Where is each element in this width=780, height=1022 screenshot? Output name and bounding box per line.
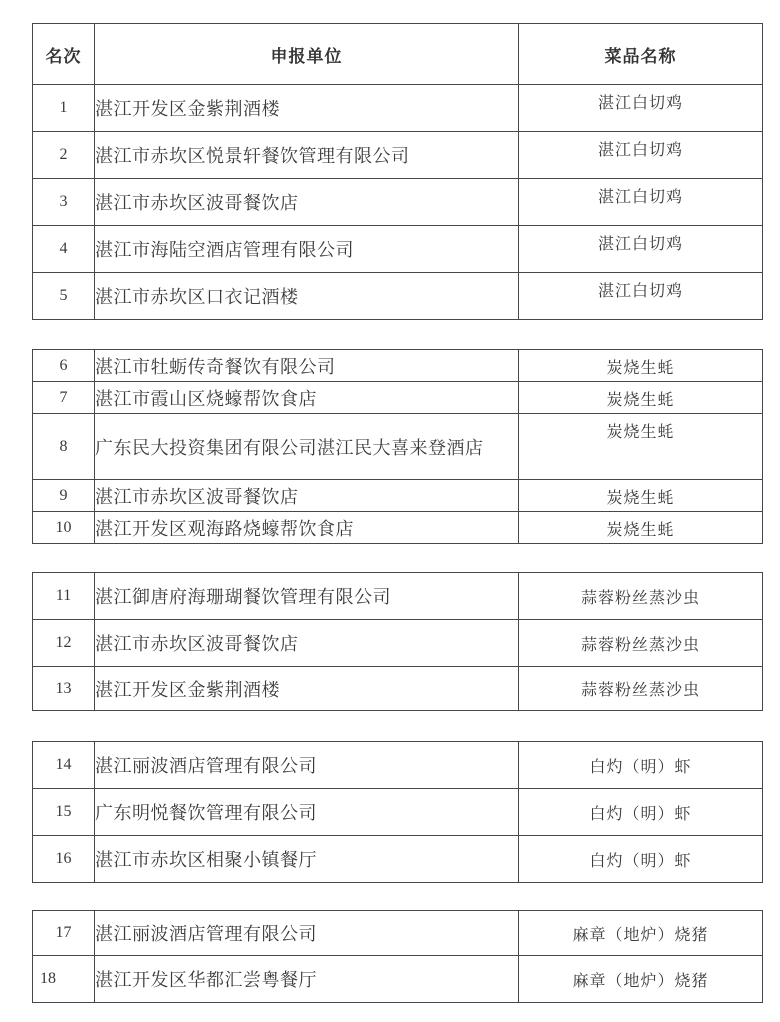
table-row: 14湛江丽波酒店管理有限公司白灼（明）虾 bbox=[33, 742, 763, 789]
table-header-row: 名次申报单位菜品名称 bbox=[33, 24, 763, 85]
rank-cell: 11 bbox=[33, 573, 95, 620]
dish-cell: 蒜蓉粉丝蒸沙虫 bbox=[519, 573, 763, 620]
table-row: 17湛江丽波酒店管理有限公司麻章（地炉）烧猪 bbox=[33, 911, 763, 956]
header-dish: 菜品名称 bbox=[519, 24, 763, 85]
unit-cell: 湛江市赤坎区波哥餐饮店 bbox=[95, 620, 519, 667]
unit-cell: 广东民大投资集团有限公司湛江民大喜来登酒店 bbox=[95, 414, 519, 480]
dish-cell: 湛江白切鸡 bbox=[519, 273, 763, 320]
unit-cell: 湛江市海陆空酒店管理有限公司 bbox=[95, 226, 519, 273]
dish-cell: 湛江白切鸡 bbox=[519, 226, 763, 273]
unit-cell: 湛江市赤坎区波哥餐饮店 bbox=[95, 480, 519, 512]
unit-cell: 湛江市赤坎区悦景轩餐饮管理有限公司 bbox=[95, 132, 519, 179]
unit-cell: 湛江丽波酒店管理有限公司 bbox=[95, 742, 519, 789]
dish-cell: 炭烧生蚝 bbox=[519, 382, 763, 414]
rank-cell: 1 bbox=[33, 85, 95, 132]
rank-cell: 15 bbox=[33, 789, 95, 836]
rank-cell: 5 bbox=[33, 273, 95, 320]
rank-cell: 6 bbox=[33, 350, 95, 382]
header-rank: 名次 bbox=[33, 24, 95, 85]
table-section-3: 11湛江御唐府海珊瑚餐饮管理有限公司蒜蓉粉丝蒸沙虫12湛江市赤坎区波哥餐饮店蒜蓉… bbox=[32, 572, 763, 711]
document-page: { "page": { "background_color": "#ffffff… bbox=[0, 0, 780, 1022]
dish-cell: 白灼（明）虾 bbox=[519, 742, 763, 789]
unit-cell: 湛江开发区金紫荆酒楼 bbox=[95, 667, 519, 711]
dish-cell: 炭烧生蚝 bbox=[519, 414, 763, 480]
table-row: 15广东明悦餐饮管理有限公司白灼（明）虾 bbox=[33, 789, 763, 836]
dish-cell: 湛江白切鸡 bbox=[519, 132, 763, 179]
table-row: 12湛江市赤坎区波哥餐饮店蒜蓉粉丝蒸沙虫 bbox=[33, 620, 763, 667]
table-row: 3湛江市赤坎区波哥餐饮店湛江白切鸡 bbox=[33, 179, 763, 226]
table-section-2: 6湛江市牡蛎传奇餐饮有限公司炭烧生蚝7湛江市霞山区烧蠔帮饮食店炭烧生蚝8广东民大… bbox=[32, 349, 763, 544]
unit-cell: 湛江市霞山区烧蠔帮饮食店 bbox=[95, 382, 519, 414]
header-unit: 申报单位 bbox=[95, 24, 519, 85]
unit-cell: 湛江市赤坎区口衣记酒楼 bbox=[95, 273, 519, 320]
table-row: 10湛江开发区观海路烧蠔帮饮食店炭烧生蚝 bbox=[33, 512, 763, 544]
table-row: 11湛江御唐府海珊瑚餐饮管理有限公司蒜蓉粉丝蒸沙虫 bbox=[33, 573, 763, 620]
table-row: 1湛江开发区金紫荆酒楼湛江白切鸡 bbox=[33, 85, 763, 132]
rank-cell: 12 bbox=[33, 620, 95, 667]
rank-cell: 13 bbox=[33, 667, 95, 711]
table-row: 8广东民大投资集团有限公司湛江民大喜来登酒店炭烧生蚝 bbox=[33, 414, 763, 480]
dish-cell: 白灼（明）虾 bbox=[519, 789, 763, 836]
rank-cell: 10 bbox=[33, 512, 95, 544]
table-row: 16湛江市赤坎区相聚小镇餐厅白灼（明）虾 bbox=[33, 836, 763, 883]
rank-cell: 8 bbox=[33, 414, 95, 480]
table-section-5: 17湛江丽波酒店管理有限公司麻章（地炉）烧猪18湛江开发区华都汇尝粤餐厅麻章（地… bbox=[32, 910, 763, 1003]
dish-cell: 炭烧生蚝 bbox=[519, 480, 763, 512]
unit-cell: 湛江御唐府海珊瑚餐饮管理有限公司 bbox=[95, 573, 519, 620]
results-table-group: 名次申报单位菜品名称1湛江开发区金紫荆酒楼湛江白切鸡2湛江市赤坎区悦景轩餐饮管理… bbox=[32, 23, 762, 1003]
rank-cell: 4 bbox=[33, 226, 95, 273]
rank-cell: 18 bbox=[33, 956, 95, 1003]
table-section-1: 名次申报单位菜品名称1湛江开发区金紫荆酒楼湛江白切鸡2湛江市赤坎区悦景轩餐饮管理… bbox=[32, 23, 763, 320]
rank-cell: 9 bbox=[33, 480, 95, 512]
table-row: 4湛江市海陆空酒店管理有限公司湛江白切鸡 bbox=[33, 226, 763, 273]
table-row: 2湛江市赤坎区悦景轩餐饮管理有限公司湛江白切鸡 bbox=[33, 132, 763, 179]
unit-cell: 湛江开发区观海路烧蠔帮饮食店 bbox=[95, 512, 519, 544]
unit-cell: 湛江丽波酒店管理有限公司 bbox=[95, 911, 519, 956]
dish-cell: 麻章（地炉）烧猪 bbox=[519, 911, 763, 956]
dish-cell: 蒜蓉粉丝蒸沙虫 bbox=[519, 620, 763, 667]
dish-cell: 湛江白切鸡 bbox=[519, 85, 763, 132]
rank-cell: 16 bbox=[33, 836, 95, 883]
dish-cell: 麻章（地炉）烧猪 bbox=[519, 956, 763, 1003]
dish-cell: 蒜蓉粉丝蒸沙虫 bbox=[519, 667, 763, 711]
unit-cell: 湛江市牡蛎传奇餐饮有限公司 bbox=[95, 350, 519, 382]
rank-cell: 17 bbox=[33, 911, 95, 956]
table-row: 18湛江开发区华都汇尝粤餐厅麻章（地炉）烧猪 bbox=[33, 956, 763, 1003]
unit-cell: 湛江市赤坎区波哥餐饮店 bbox=[95, 179, 519, 226]
table-row: 13湛江开发区金紫荆酒楼蒜蓉粉丝蒸沙虫 bbox=[33, 667, 763, 711]
dish-cell: 白灼（明）虾 bbox=[519, 836, 763, 883]
table-section-4: 14湛江丽波酒店管理有限公司白灼（明）虾15广东明悦餐饮管理有限公司白灼（明）虾… bbox=[32, 741, 763, 883]
rank-cell: 3 bbox=[33, 179, 95, 226]
unit-cell: 湛江开发区华都汇尝粤餐厅 bbox=[95, 956, 519, 1003]
unit-cell: 广东明悦餐饮管理有限公司 bbox=[95, 789, 519, 836]
rank-cell: 2 bbox=[33, 132, 95, 179]
dish-cell: 湛江白切鸡 bbox=[519, 179, 763, 226]
unit-cell: 湛江开发区金紫荆酒楼 bbox=[95, 85, 519, 132]
dish-cell: 炭烧生蚝 bbox=[519, 350, 763, 382]
rank-cell: 14 bbox=[33, 742, 95, 789]
rank-cell: 7 bbox=[33, 382, 95, 414]
dish-cell: 炭烧生蚝 bbox=[519, 512, 763, 544]
unit-cell: 湛江市赤坎区相聚小镇餐厅 bbox=[95, 836, 519, 883]
table-row: 6湛江市牡蛎传奇餐饮有限公司炭烧生蚝 bbox=[33, 350, 763, 382]
table-row: 5湛江市赤坎区口衣记酒楼湛江白切鸡 bbox=[33, 273, 763, 320]
table-row: 7湛江市霞山区烧蠔帮饮食店炭烧生蚝 bbox=[33, 382, 763, 414]
table-row: 9湛江市赤坎区波哥餐饮店炭烧生蚝 bbox=[33, 480, 763, 512]
